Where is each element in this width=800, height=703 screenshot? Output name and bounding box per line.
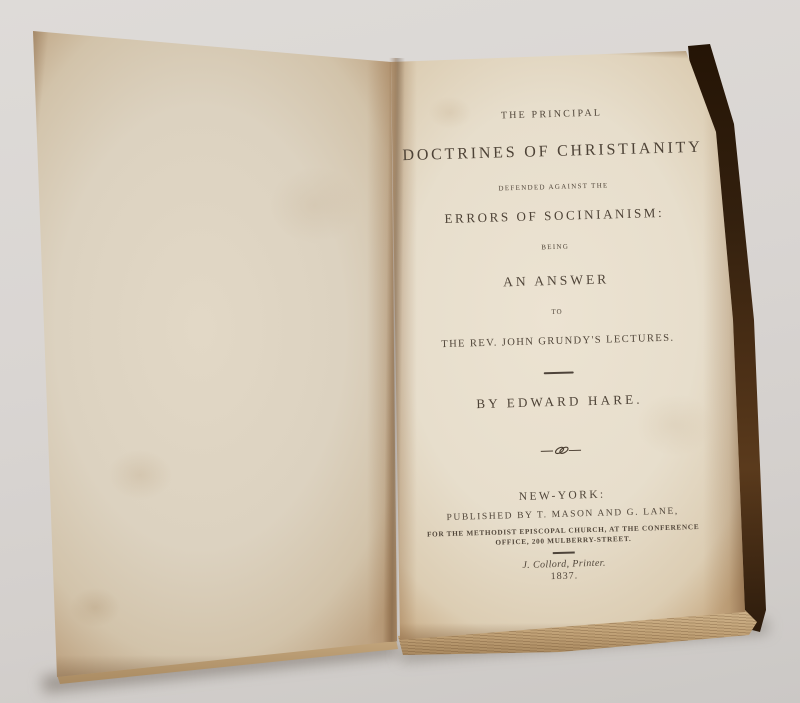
answer-line: AN ANSWER: [404, 270, 708, 292]
lectures-line: THE REV. JOHN GRUNDY'S LECTURES.: [406, 333, 710, 352]
title-page-text-block: THE PRINCIPAL DOCTRINES OF CHRISTIANITY …: [398, 56, 717, 609]
half-title-line: THE PRINCIPAL: [399, 106, 703, 124]
printed-rule-small: [553, 552, 575, 554]
printed-rule: [544, 371, 574, 374]
imprint-publisher-line: PUBLISHED BY T. MASON AND G. LANE,: [411, 507, 715, 525]
errors-line: ERRORS OF SOCINIANISM:: [402, 205, 706, 226]
book-photograph-scene: THE PRINCIPAL DOCTRINES OF CHRISTIANITY …: [0, 0, 800, 703]
blank-left-page: [33, 31, 397, 677]
main-title-line: DOCTRINES OF CHRISTIANITY: [400, 140, 704, 164]
printers-ornament-icon: [409, 440, 713, 465]
defended-line: DEFENDED AGAINST THE: [402, 180, 706, 195]
author-line: BY EDWARD HARE.: [407, 391, 711, 412]
imprint-city-line: NEW-YORK:: [410, 487, 714, 507]
to-line: TO: [405, 305, 709, 320]
being-line: BEING: [403, 240, 707, 255]
